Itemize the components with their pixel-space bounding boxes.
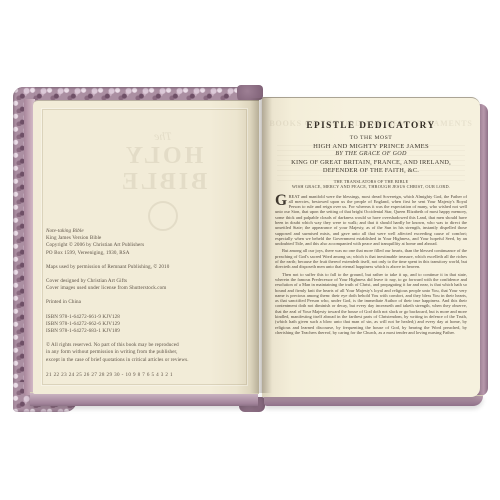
page-block-bottom-left-edge	[30, 392, 258, 406]
colophon-line: Cover images used under license from Shu…	[46, 285, 246, 292]
isbn-line: ISBN 978-1-64272-662-6 KJV129	[46, 321, 246, 328]
epistle-dedicatory: EPISTLE DEDICATORY TO THE MOST HIGH AND …	[262, 98, 480, 397]
dedication-line: HIGH AND MIGHTY PRINCE JAMES	[275, 143, 467, 150]
left-page: The HOLY BIBLE Note-taking Bible King Ja…	[33, 100, 259, 394]
dedication-line: TO THE MOST	[275, 135, 467, 141]
gutter-shadow	[250, 98, 272, 393]
body-paragraph: But among all our joys, there was no one…	[275, 248, 467, 269]
colophon-line: PO Box 1599, Vereeniging, 1930, RSA	[46, 250, 246, 257]
colophon-line: Maps used by permission of Remnant Publi…	[46, 264, 246, 271]
rights-line: in any form without permission in writin…	[46, 349, 246, 356]
paragraph-text: REAT and manifold were the blessings, mo…	[275, 194, 467, 247]
dedication-line: BY THE GRACE OF GOD	[275, 151, 467, 157]
right-page: BOOKS OF THE OLD AND NEW TESTAMENTS EPIS…	[262, 97, 480, 397]
colophon-line: Copyright © 2006 by Christian Art Publis…	[46, 242, 246, 249]
colophon: Note-taking Bible King James Version Bib…	[46, 228, 246, 379]
body-paragraph: GREAT and manifold were the blessings, m…	[275, 194, 467, 247]
dedication-line: DEFENDER OF THE FAITH, &C.	[275, 167, 467, 174]
colophon-line: Note-taking Bible	[46, 228, 246, 235]
salutation-line: WISH GRACE, MERCY AND PEACE, THROUGH JES…	[275, 184, 467, 189]
drop-cap: G	[275, 194, 287, 207]
isbn-line: ISBN 978-1-64272-683-1 KJV189	[46, 328, 246, 335]
open-bible-photo: The HOLY BIBLE Note-taking Bible King Ja…	[0, 0, 500, 500]
rights-line: except in the case of brief quotations i…	[46, 357, 246, 364]
isbn-line: ISBN 978-1-64272-661-9 KJV128	[46, 314, 246, 321]
page-title: EPISTLE DEDICATORY	[275, 121, 467, 131]
colophon-line: Printed in China	[46, 299, 246, 306]
dedication-line: KING OF GREAT BRITAIN, FRANCE, AND IRELA…	[275, 159, 467, 166]
printing-run-numbers: 21 22 23 24 25 26 27 28 29 30 - 10 9 8 7…	[46, 372, 246, 379]
body-paragraph: Then not to suffer this to fall to the g…	[275, 272, 467, 336]
dedication-body: GREAT and manifold were the blessings, m…	[275, 194, 467, 397]
